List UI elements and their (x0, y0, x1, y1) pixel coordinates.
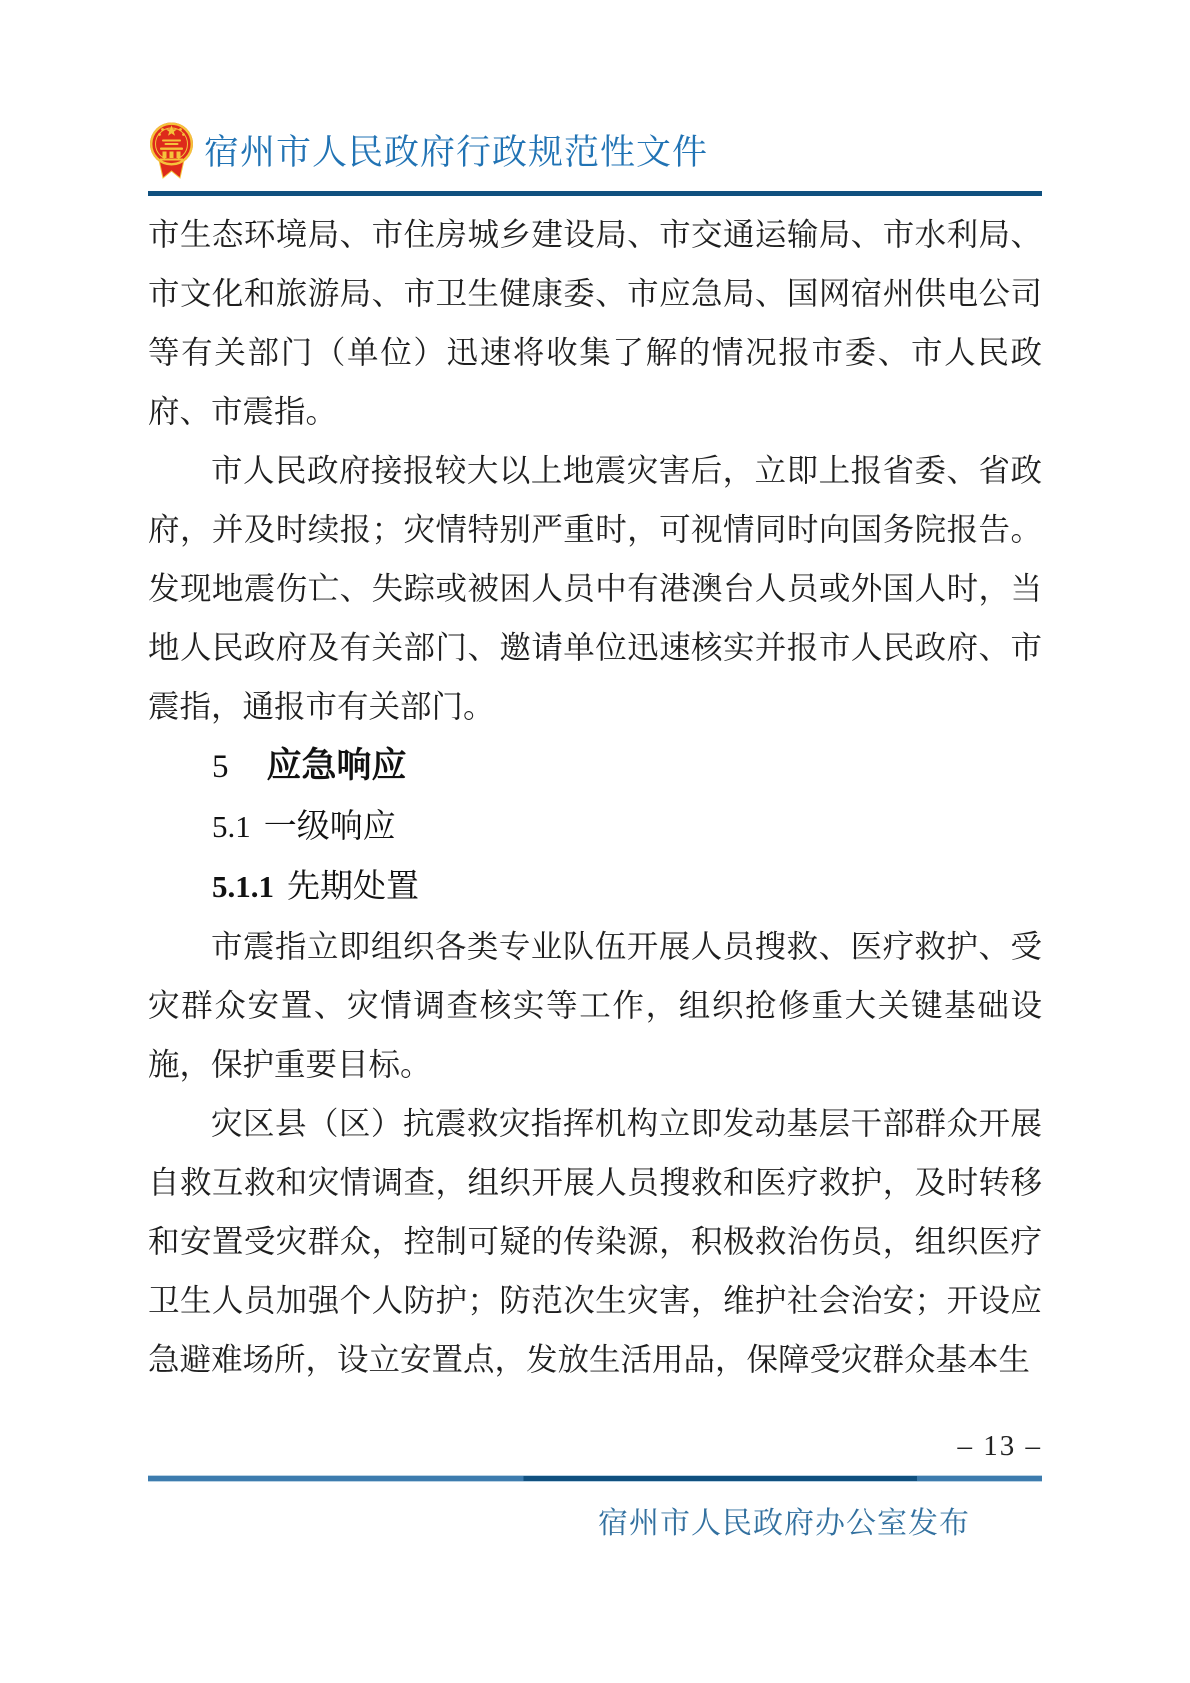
document-page: 宿州市人民政府行政规范性文件 市生态环境局、市住房城乡建设局、市交通运输局、市水… (0, 0, 1190, 1683)
national-emblem-icon (148, 118, 195, 182)
section-heading-5.1: 5.1一级响应 (148, 797, 1042, 857)
heading-number: 5.1 (212, 809, 251, 844)
header-divider (148, 191, 1042, 196)
body-paragraph: 灾区县（区）抗震救灾指挥机构立即发动基层干部群众开展自救互救和灾情调查，组织开展… (148, 1094, 1042, 1389)
body-paragraph: 市生态环境局、市住房城乡建设局、市交通运输局、市水利局、市文化和旅游局、市卫生健… (148, 205, 1042, 441)
document-header: 宿州市人民政府行政规范性文件 (148, 116, 1042, 184)
heading-number: 5.1.1 (212, 869, 274, 904)
heading-text: 一级响应 (264, 809, 396, 845)
heading-text: 应急响应 (267, 746, 407, 785)
heading-number: 5 (212, 749, 229, 785)
document-body: 市生态环境局、市住房城乡建设局、市交通运输局、市水利局、市文化和旅游局、市卫生健… (148, 205, 1042, 1389)
section-heading-5.1.1: 5.1.1先期处置 (148, 857, 1042, 917)
page-number: – 13 – (148, 1430, 1042, 1463)
page-title: 宿州市人民政府行政规范性文件 (204, 125, 708, 175)
body-paragraph: 市震指立即组织各类专业队伍开展人员搜救、医疗救护、受灾群众安置、灾情调查核实等工… (148, 917, 1042, 1094)
body-paragraph: 市人民政府接报较大以上地震灾害后，立即上报省委、省政府，并及时续报；灾情特别严重… (148, 441, 1042, 736)
heading-text: 先期处置 (287, 869, 419, 905)
section-heading-5: 5应急响应 (148, 736, 1042, 797)
publisher-line: 宿州市人民政府办公室发布 (148, 1498, 1042, 1542)
footer-divider (148, 1475, 1042, 1482)
